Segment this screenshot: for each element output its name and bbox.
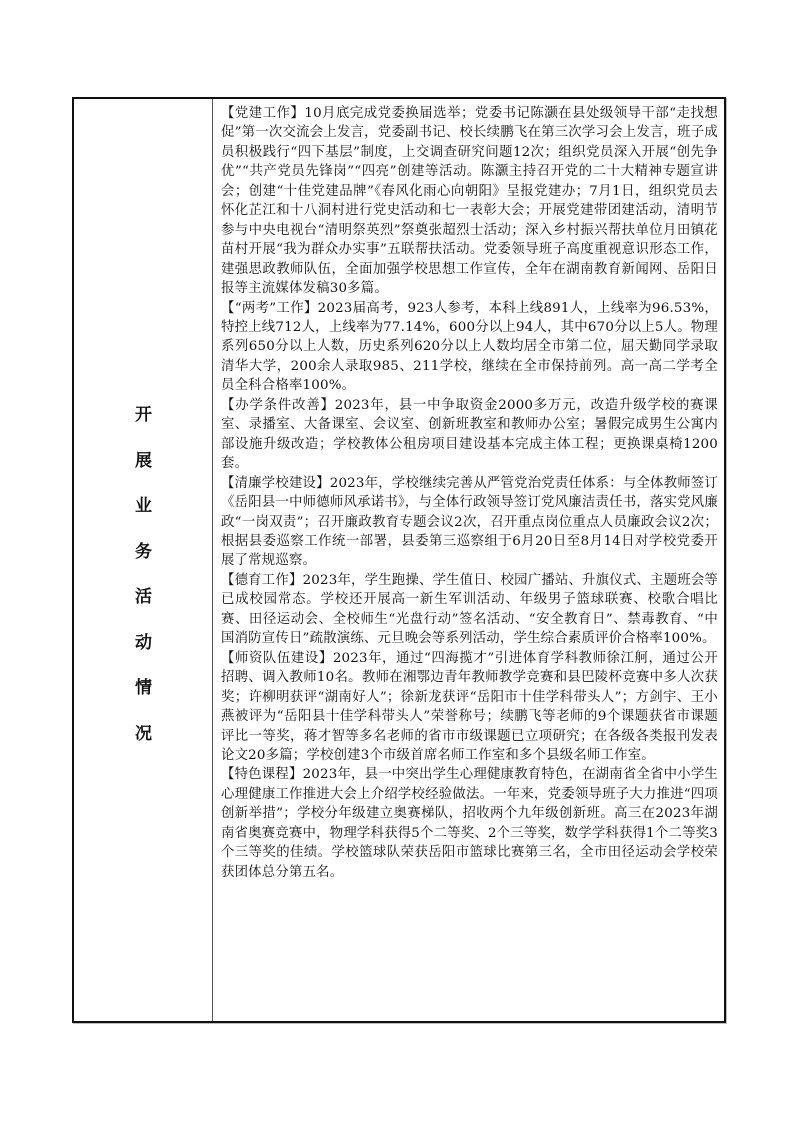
section-body: 2023年，县一中突出学生心理健康教育特色，在湖南省全省中小学生心理健康工作推进… [221, 767, 718, 879]
section-heading: 【党建工作】 [221, 106, 304, 121]
section-heading: 【“两考”工作】 [221, 301, 318, 316]
row-label-vertical: 开 展 业 务 活 动 情 况 [74, 407, 213, 771]
row-label-char: 况 [135, 726, 152, 772]
section-heading: 【师资队伍建设】 [221, 651, 333, 666]
row-label-char: 情 [135, 680, 152, 726]
row-label-char: 展 [135, 453, 152, 499]
section-heading: 【特色课程】 [221, 767, 303, 782]
row-label-char: 业 [135, 498, 152, 544]
section-facilities: 【办学条件改善】2023年，县一中争取资金2000多万元，改造升级学校的赛课室、… [221, 396, 718, 474]
section-heading: 【清廉学校建设】 [221, 476, 330, 491]
row-label-char: 动 [135, 635, 152, 681]
section-special-courses: 【特色课程】2023年，县一中突出学生心理健康教育特色，在湖南省全省中小学生心理… [221, 765, 718, 882]
row-label-char: 务 [135, 544, 152, 590]
section-teaching-staff: 【师资队伍建设】2023年，通过“四海揽才”引进体育学科教师徐江舸，通过公开招聘… [221, 649, 718, 766]
section-exams: 【“两考”工作】2023届高考，923人参考，本科上线891人，上线率为96.5… [221, 299, 718, 396]
section-heading: 【办学条件改善】 [221, 398, 335, 413]
row-label-cell: 开 展 业 务 活 动 情 况 [74, 99, 213, 1021]
section-body: 10月底完成党委换届选举；党委书记陈灏在县处级领导干部“走找想促”第一次交流会上… [221, 106, 718, 296]
row-label-char: 活 [135, 589, 152, 635]
section-moral-education: 【德育工作】2023年，学生跑操、学生值日、校园广播站、升旗仪式、主题班会等已成… [221, 571, 718, 649]
section-body: 2023年，通过“四海揽才”引进体育学科教师徐江舸，通过公开招聘、调入教师10名… [221, 651, 718, 763]
activity-report-table: 开 展 业 务 活 动 情 况 【党建工作】10月底完成党委换届选举；党委书记陈… [72, 97, 726, 1023]
document-page: 开 展 业 务 活 动 情 况 【党建工作】10月底完成党委换届选举；党委书记陈… [0, 0, 793, 1122]
row-label-char: 开 [135, 407, 152, 453]
section-integrity: 【清廉学校建设】2023年，学校继续完善从严管党治党责任体系：与全体教师签订《岳… [221, 474, 718, 571]
row-content-cell: 【党建工作】10月底完成党委换届选举；党委书记陈灏在县处级领导干部“走找想促”第… [213, 99, 724, 1021]
section-heading: 【德育工作】 [221, 573, 303, 588]
section-party-building: 【党建工作】10月底完成党委换届选举；党委书记陈灏在县处级领导干部“走找想促”第… [221, 104, 718, 299]
